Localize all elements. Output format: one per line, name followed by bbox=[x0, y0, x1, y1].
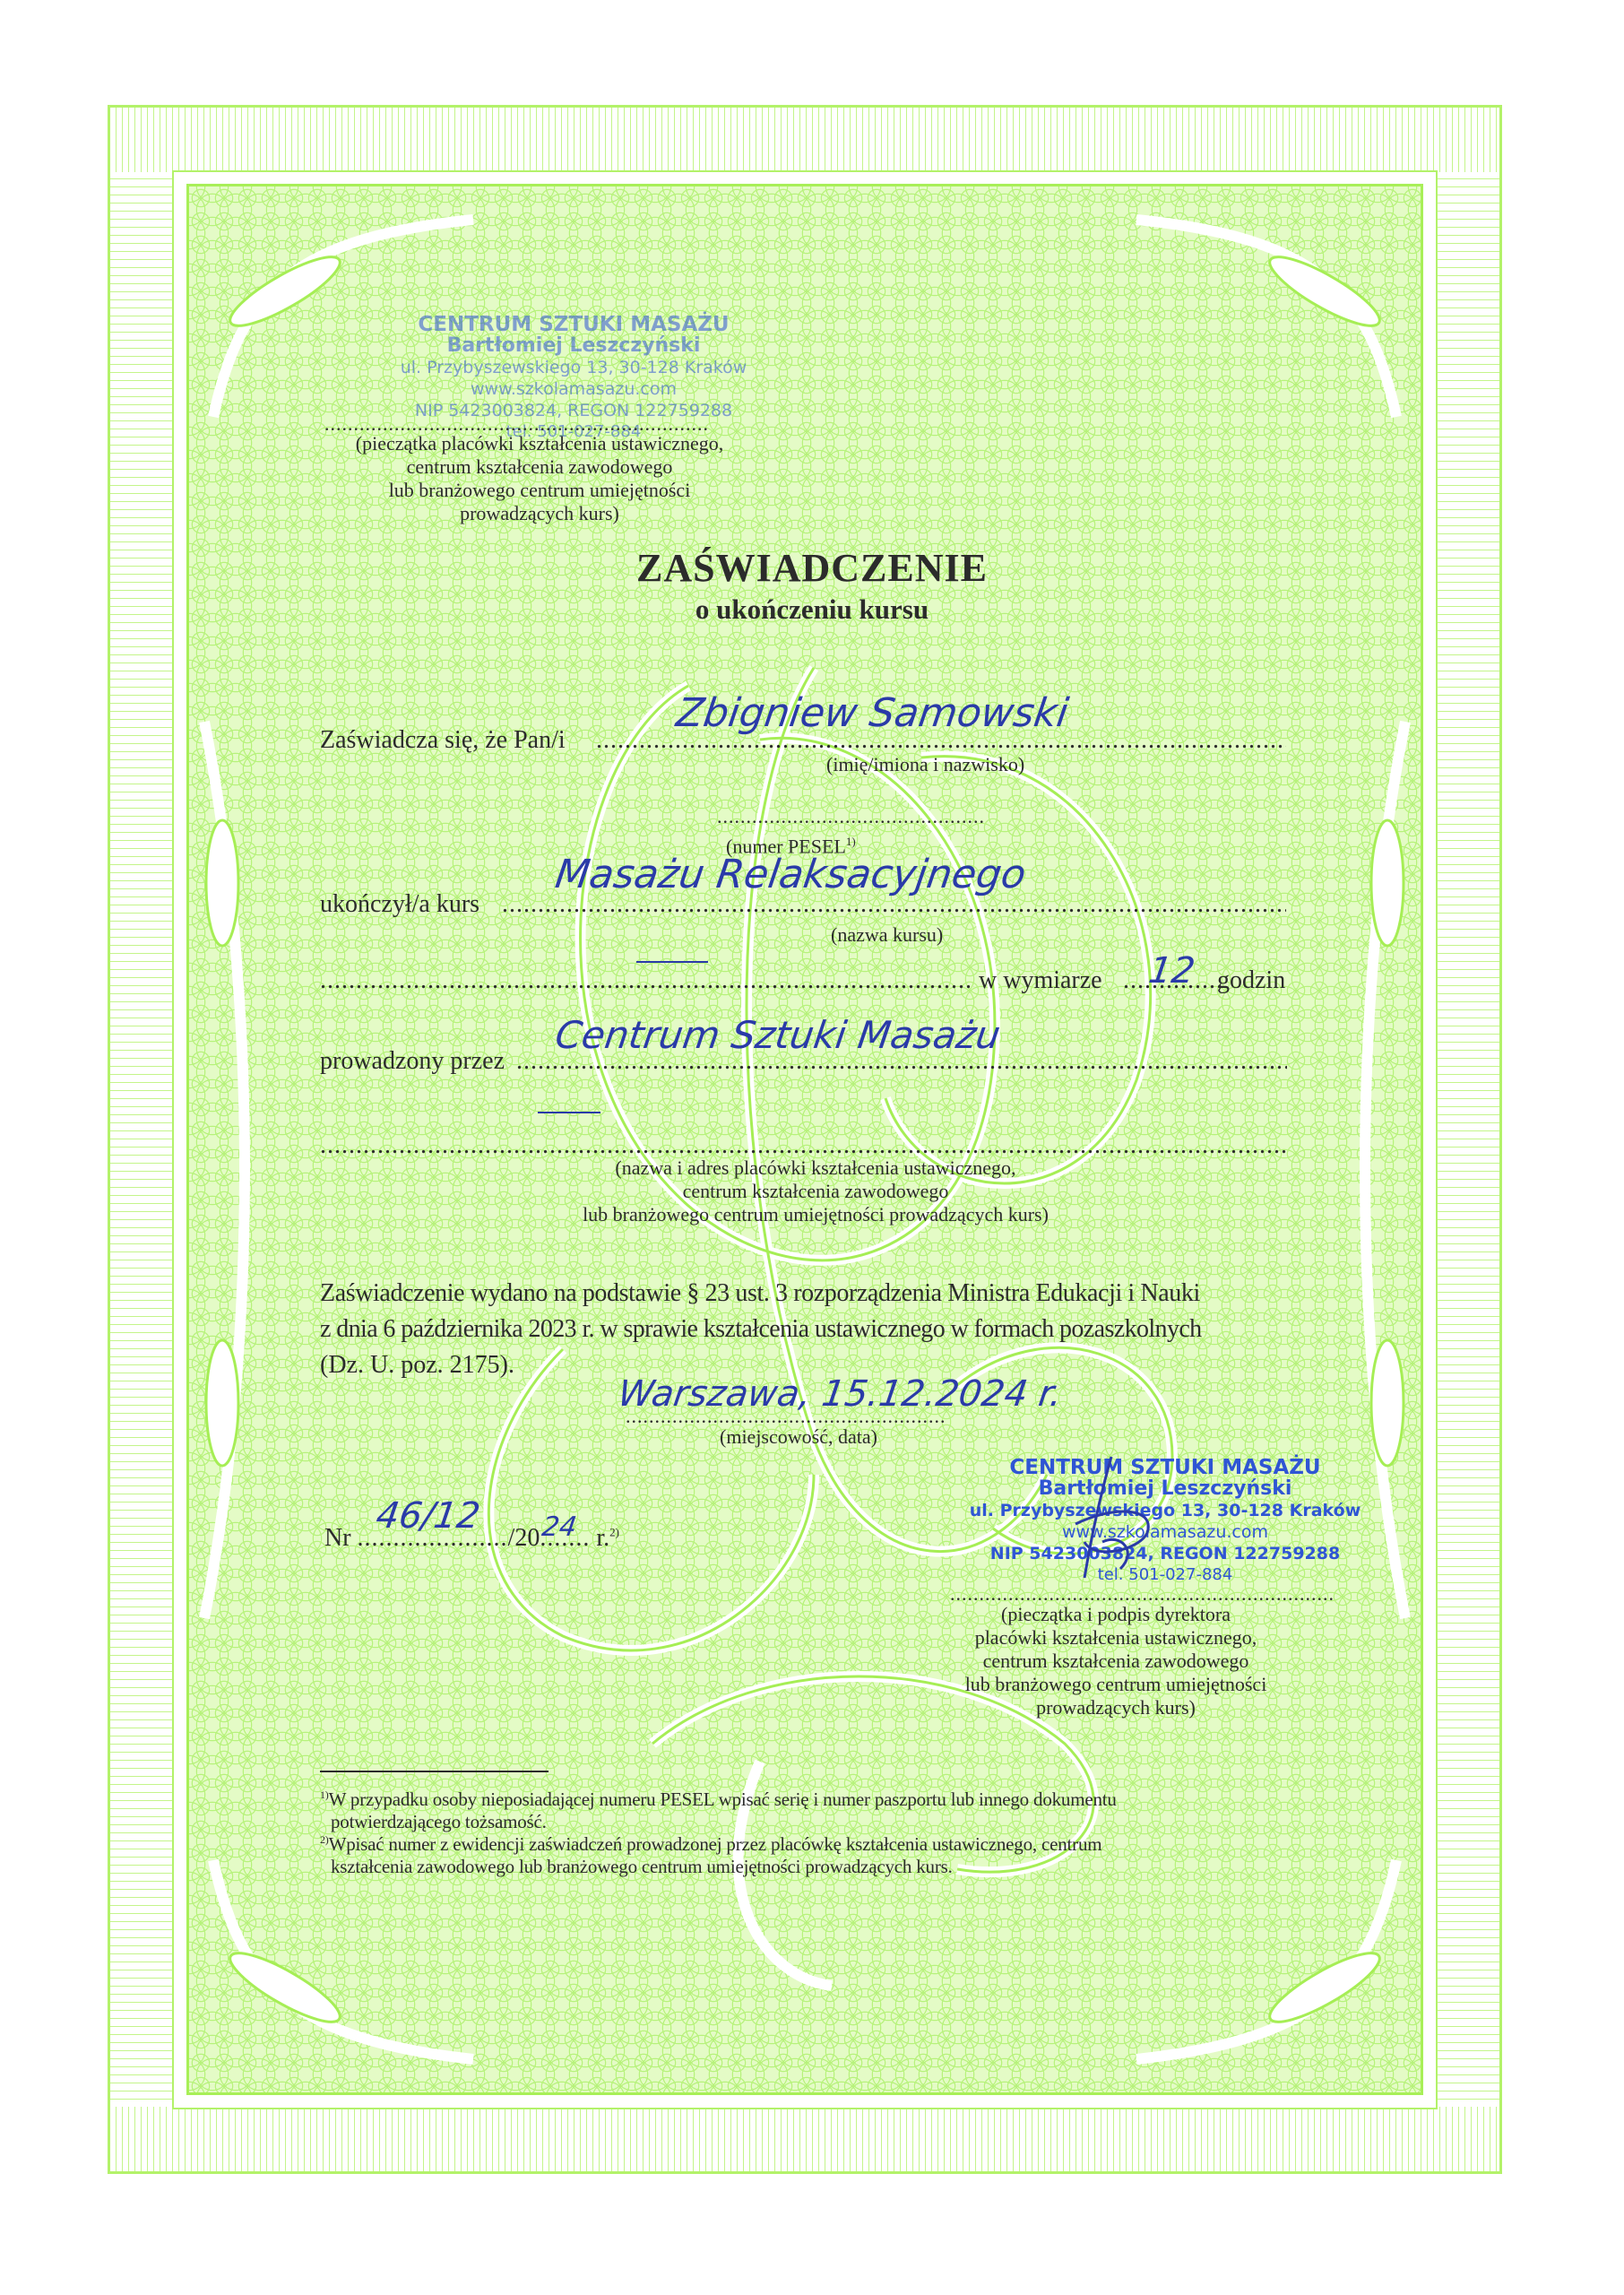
stamp-name: CENTRUM SZTUKI MASAŻU bbox=[376, 314, 771, 335]
caption-line: centrum kształcenia zawodowego bbox=[502, 1180, 1129, 1203]
footnote-2: 2)Wpisać numer z ewidencji zaświadczeń p… bbox=[320, 1829, 1101, 1878]
caption-line: (pieczątka i podpis dyrektora bbox=[941, 1603, 1291, 1626]
caption-line: centrum kształcenia zawodowego bbox=[941, 1650, 1291, 1673]
footnote-text: W przypadku osoby nieposiadającej numeru… bbox=[329, 1788, 1117, 1810]
document-subtitle: o ukończeniu kursu bbox=[0, 593, 1624, 626]
footnote-1: 1)W przypadku osoby nieposiadającej nume… bbox=[320, 1784, 1117, 1833]
hours-suffix: godzin bbox=[1217, 966, 1285, 995]
number-suffix: r. bbox=[596, 1524, 609, 1552]
legal-basis-line-3: (Dz. U. poz. 2175). bbox=[320, 1351, 514, 1380]
person-caption: (imię/imiona i nazwisko) bbox=[826, 753, 1024, 776]
course-caption: (nazwa kursu) bbox=[831, 923, 943, 947]
hours-label: w wymiarze bbox=[979, 966, 1102, 995]
footnote-ref: 2) bbox=[609, 1526, 619, 1539]
provider-caption: (nazwa i adres placówki kształcenia usta… bbox=[502, 1156, 1129, 1226]
footnote-text: Wpisać numer z ewidencji zaświadczeń pro… bbox=[329, 1833, 1102, 1855]
caption-line: centrum kształcenia zawodowego bbox=[324, 455, 755, 479]
provider-handwritten: Centrum Sztuki Masażu bbox=[553, 1013, 1004, 1057]
border-left-stripes bbox=[110, 172, 175, 2107]
stamp-top-caption: (pieczątka placówki kształcenia ustawicz… bbox=[324, 432, 755, 525]
border-right-stripes bbox=[1435, 172, 1499, 2107]
place-date-handwritten: Warszawa, 15.12.2024 r. bbox=[616, 1373, 1065, 1415]
stamp-website: www.szkolamasazu.com bbox=[376, 378, 771, 400]
director-signature bbox=[1058, 1452, 1183, 1587]
year-handwritten: 24 bbox=[540, 1511, 579, 1543]
number-year-prefix: /20 bbox=[508, 1524, 540, 1552]
course-label: ukończył/a kurs bbox=[320, 890, 479, 919]
caption-line: lub branżowego centrum umiejętności prow… bbox=[502, 1203, 1129, 1226]
handwritten-strike bbox=[636, 961, 708, 963]
place-date-caption: (miejscowość, data) bbox=[720, 1425, 877, 1449]
caption-line: lub branżowego centrum umiejętności bbox=[324, 479, 755, 502]
hours-leading-dots: ........................................… bbox=[320, 966, 974, 995]
stamp-bottom-caption: (pieczątka i podpis dyrektora placówki k… bbox=[941, 1603, 1291, 1719]
hours-handwritten: 12 bbox=[1146, 950, 1197, 992]
number-prefix: Nr bbox=[324, 1524, 351, 1552]
caption-line: placówki kształcenia ustawicznego, bbox=[941, 1626, 1291, 1650]
footnote-ref: 2) bbox=[320, 1833, 329, 1846]
footnote-ref: 1) bbox=[846, 835, 856, 848]
caption-line: lub branżowego centrum umiejętności bbox=[941, 1673, 1291, 1696]
footnote-separator bbox=[320, 1771, 549, 1772]
person-label: Zaświadcza się, że Pan/i bbox=[320, 726, 566, 755]
stamp-owner: Bartłomiej Leszczyński bbox=[376, 335, 771, 357]
course-name-handwritten: Masażu Relaksacyjnego bbox=[552, 852, 1028, 897]
provider-label: prowadzony przez bbox=[320, 1047, 505, 1076]
caption-line: (nazwa i adres placówki kształcenia usta… bbox=[502, 1156, 1129, 1180]
person-name-handwritten: Zbigniew Samowski bbox=[673, 690, 1071, 736]
number-handwritten: 46/12 bbox=[374, 1495, 483, 1537]
caption-line: (pieczątka placówki kształcenia ustawicz… bbox=[324, 432, 755, 455]
footnote-text: kształcenia zawodowego lub branżowego ce… bbox=[320, 1856, 1101, 1878]
stamp-address: ul. Przybyszewskiego 13, 30-128 Kraków bbox=[376, 357, 771, 378]
footnote-ref: 1) bbox=[320, 1788, 329, 1801]
caption-line: prowadzących kurs) bbox=[324, 502, 755, 525]
document-title: ZAŚWIADCZENIE bbox=[0, 545, 1624, 591]
legal-basis-line-1: Zaświadczenie wydano na podstawie § 23 u… bbox=[320, 1279, 1200, 1308]
caption-line: prowadzących kurs) bbox=[941, 1696, 1291, 1719]
handwritten-strike bbox=[538, 1112, 600, 1113]
pesel-dots: ........................................… bbox=[717, 805, 985, 828]
legal-basis-line-2: z dnia 6 października 2023 r. w sprawie … bbox=[320, 1315, 1202, 1344]
